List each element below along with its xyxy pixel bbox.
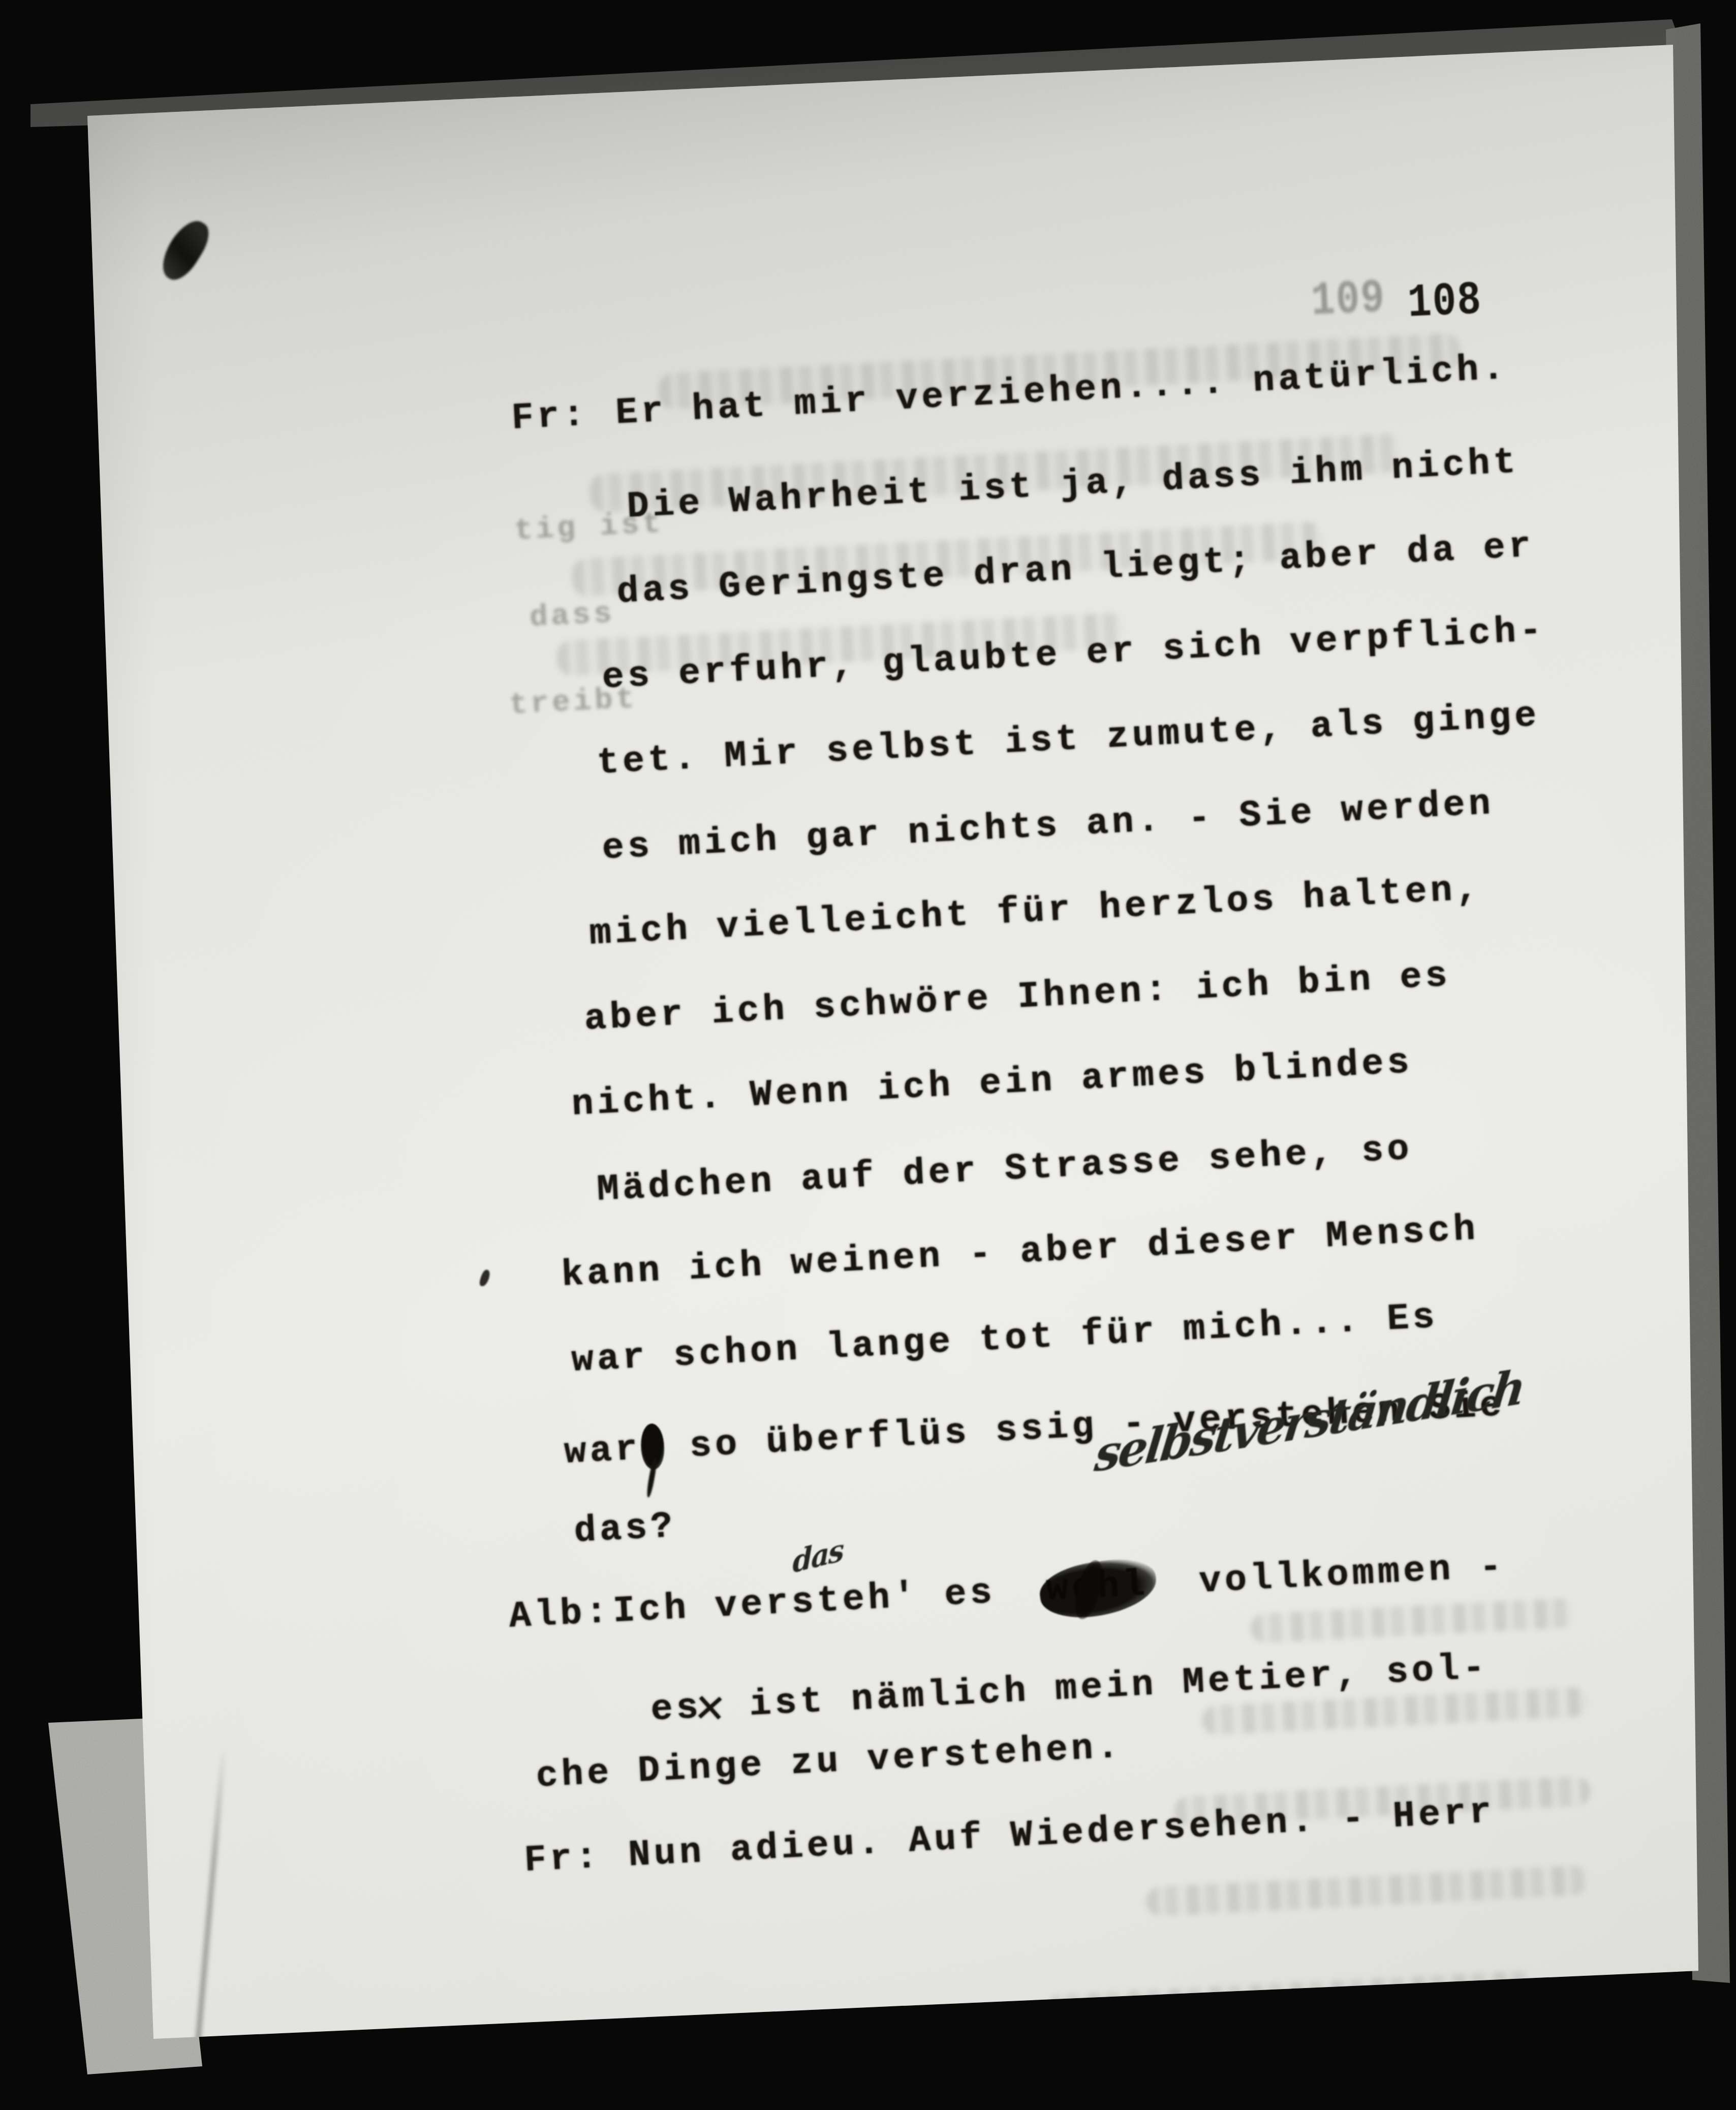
speaker-label: Fr: (523, 1838, 629, 1879)
speaker-label: Fr: (511, 395, 616, 437)
typescript-line: das? (573, 1508, 677, 1550)
struck-out-word: wohl (1045, 1566, 1149, 1608)
page-number: 108 (1407, 277, 1483, 327)
scanned-typescript-photo: 109 108 tig istdasstreibt Fr:Er hat mir … (0, 0, 1736, 2110)
ink-obliteration-blot (641, 1423, 664, 1469)
strikeover-x-mark: ✕ (695, 1685, 729, 1734)
manuscript-page: 109 108 tig istdasstreibt Fr:Er hat mir … (0, 0, 1736, 2110)
line-text: war (563, 1428, 642, 1474)
ghost-text-fragment: dass (529, 599, 616, 633)
speaker-label: Alb: (508, 1594, 614, 1635)
page-number-ghost: 109 (1310, 275, 1386, 325)
line-text: das? (573, 1506, 677, 1553)
